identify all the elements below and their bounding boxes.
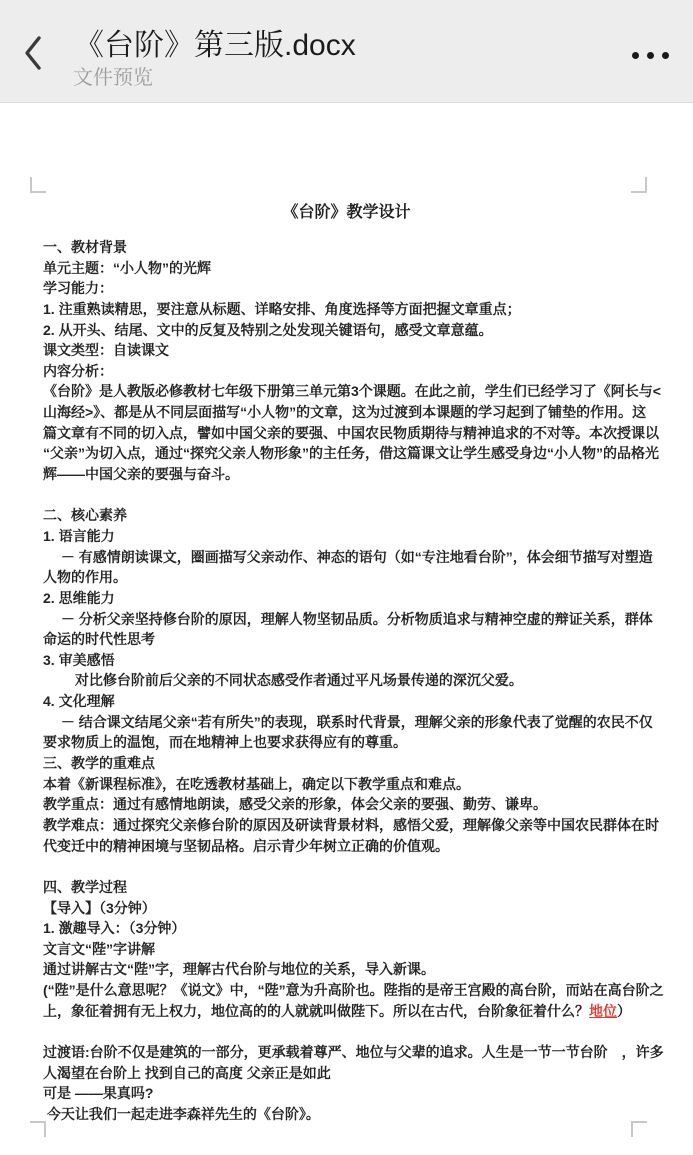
- doc-text: 今天让我们一起走进李森祥先生的《台阶》。: [43, 1106, 320, 1122]
- doc-text: － 结合课文结尾父亲“若有所失”的表现，联系时代背景，理解父亲的形象代表了觉醒的…: [43, 714, 653, 730]
- doc-text: “父亲”为切入点，通过“探究父亲人物形象”的主任务，借这篇课文让学生感受身边“小…: [43, 445, 659, 461]
- doc-text: 对比修台阶前后父亲的不同状态感受作者通过平凡场景传递的深沉父爱。: [43, 672, 523, 688]
- dot: [632, 52, 639, 59]
- doc-line: 单元主题：“小人物”的光辉: [43, 258, 657, 279]
- doc-line: 3. 审美感悟: [43, 650, 657, 671]
- doc-text: 要求物质上的温饱，而在地精神上也要求获得应有的尊重。: [43, 734, 407, 750]
- doc-line: － 结合课文结尾父亲“若有所失”的表现，联系时代背景，理解父亲的形象代表了觉醒的…: [43, 712, 657, 733]
- doc-line: [43, 485, 657, 506]
- doc-line: 二、核心素养: [43, 505, 657, 526]
- doc-line: 1. 语言能力: [43, 526, 657, 547]
- document-title: 《台阶》教学设计: [0, 199, 693, 222]
- doc-line: 【导入】（3分钟）: [43, 898, 657, 919]
- doc-text: 通过讲解古文“陛”字，理解古代台阶与地位的关系，导入新课。: [43, 961, 435, 977]
- doc-text: 篇文章有不同的切入点，譬如中国父亲的要强、中国农民物质期待与精神追求的不对等。本…: [43, 425, 659, 441]
- back-button[interactable]: [16, 32, 50, 76]
- doc-line: 三、教学的重难点: [43, 753, 657, 774]
- doc-line: (“陛”是什么意思呢？《说文》中，“陛”意为升高阶也。陛指的是帝王宫殿的高台阶，…: [43, 980, 657, 1001]
- doc-line: 人物的作用。: [43, 567, 657, 588]
- file-preview-screen: 《台阶》第三版.docx 文件预览 1/4 《台阶》教学设计 一、教材背景单元主…: [0, 0, 693, 1155]
- doc-text: 上，象征着拥有无上权力，地位高的的人就就叫做陛下。所以在古代，台阶象征着什么？: [43, 1003, 589, 1019]
- doc-text: 《台阶》是人教版必修教材七年级下册第三单元第3个课题。在此之前，学生们已经学习了…: [43, 383, 661, 399]
- header-bar: 《台阶》第三版.docx 文件预览: [0, 0, 693, 103]
- doc-text: 四、教学过程: [43, 879, 127, 895]
- doc-line: 通过讲解古文“陛”字，理解古代台阶与地位的关系，导入新课。: [43, 959, 657, 980]
- doc-text: 内容分析：: [43, 363, 113, 379]
- doc-line: 1. 激趣导入：（3分钟）: [43, 918, 657, 939]
- doc-text: ）: [617, 1003, 631, 1019]
- doc-text: 1. 注重熟读精思，要注意从标题、详略安排、角度选择等方面把握文章重点；: [43, 301, 521, 317]
- doc-line: 1. 注重熟读精思，要注意从标题、详略安排、角度选择等方面把握文章重点；: [43, 299, 657, 320]
- doc-line: 教学难点：通过探究父亲修台阶的原因及研读背景材料，感悟父爱，理解像父亲等中国农民…: [43, 815, 657, 836]
- more-options-button[interactable]: [615, 38, 677, 72]
- doc-text: 辉——中国父亲的要强与奋斗。: [43, 466, 239, 482]
- doc-line: 代变迁中的精神困境与坚韧品格。启示青少年树立正确的价值观。: [43, 836, 657, 857]
- doc-line: 课文类型：自读课文: [43, 340, 657, 361]
- doc-text: － 有感情朗读课文，圈画描写父亲动作、神态的语句（如“专注地看台阶”，体会细节描…: [43, 549, 653, 565]
- doc-line: 可是 ——果真吗?: [43, 1083, 657, 1104]
- header-subtitle: 文件预览: [73, 61, 153, 90]
- chevron-left-icon: [23, 35, 43, 71]
- dot: [647, 52, 654, 59]
- doc-line: 一、教材背景: [43, 237, 657, 258]
- doc-text: 人物的作用。: [43, 569, 127, 585]
- doc-text: 课文类型：自读课文: [43, 342, 169, 358]
- doc-text: 代变迁中的精神困境与坚韧品格。启示青少年树立正确的价值观。: [43, 838, 449, 854]
- doc-line: 2. 从开头、结尾、文中的反复及特别之处发现关键语句，感受文章意蕴。: [43, 320, 657, 341]
- doc-line: 过渡语:台阶不仅是建筑的一部分，更承载着尊严、地位与父辈的追求。人生是一节一节台…: [43, 1042, 657, 1063]
- doc-line: 文言文“陛”字讲解: [43, 939, 657, 960]
- doc-text: 1. 激趣导入：（3分钟）: [43, 920, 185, 936]
- doc-text: 4. 文化理解: [43, 693, 115, 709]
- file-title: 《台阶》第三版.docx: [74, 20, 356, 64]
- doc-line: [43, 856, 657, 877]
- document-body: 一、教材背景单元主题：“小人物”的光辉学习能力：1. 注重熟读精思，要注意从标题…: [43, 237, 657, 1125]
- doc-text: 2. 思维能力: [43, 590, 115, 606]
- doc-line: 内容分析：: [43, 361, 657, 382]
- page-corner-mark-top-left: [30, 177, 46, 193]
- doc-text: 山海经>》、都是从不同层面描写“小人物”的文章，这为过渡到本课题的学习起到了铺垫…: [43, 404, 646, 420]
- doc-text: 命运的时代性思考: [43, 631, 155, 647]
- doc-text: 3. 审美感悟: [43, 652, 115, 668]
- doc-line: 《台阶》是人教版必修教材七年级下册第三单元第3个课题。在此之前，学生们已经学习了…: [43, 381, 657, 402]
- doc-line: － 有感情朗读课文，圈画描写父亲动作、神态的语句（如“专注地看台阶”，体会细节描…: [43, 547, 657, 568]
- ellipsis-icon: [615, 52, 677, 59]
- doc-text: 可是 ——果真吗?: [43, 1085, 153, 1101]
- doc-line: 篇文章有不同的切入点，譬如中国父亲的要强、中国农民物质期待与精神追求的不对等。本…: [43, 423, 657, 444]
- doc-line: “父亲”为切入点，通过“探究父亲人物形象”的主任务，借这篇课文让学生感受身边“小…: [43, 443, 657, 464]
- doc-text: 过渡语:台阶不仅是建筑的一部分，更承载着尊严、地位与父辈的追求。人生是一节一节台…: [43, 1044, 664, 1060]
- doc-line: 要求物质上的温饱，而在地精神上也要求获得应有的尊重。: [43, 732, 657, 753]
- doc-text: 2. 从开头、结尾、文中的反复及特别之处发现关键语句，感受文章意蕴。: [43, 322, 493, 338]
- doc-text: 教学难点：通过探究父亲修台阶的原因及研读背景材料，感悟父爱，理解像父亲等中国农民…: [43, 817, 659, 833]
- doc-text: 文言文“陛”字讲解: [43, 941, 155, 957]
- doc-text: (“陛”是什么意思呢？《说文》中，“陛”意为升高阶也。陛指的是帝王宫殿的高台阶，…: [43, 982, 664, 998]
- doc-text: 本着《新课程标准》，在吃透教材基础上，确定以下教学重点和难点。: [43, 776, 470, 792]
- doc-text: 二、核心素养: [43, 507, 127, 523]
- document-page: 《台阶》教学设计 一、教材背景单元主题：“小人物”的光辉学习能力：1. 注重熟读…: [0, 104, 693, 1155]
- doc-line: 本着《新课程标准》，在吃透教材基础上，确定以下教学重点和难点。: [43, 774, 657, 795]
- doc-line: 四、教学过程: [43, 877, 657, 898]
- page-corner-mark-top-right: [631, 177, 647, 193]
- doc-line: 2. 思维能力: [43, 588, 657, 609]
- doc-text: 单元主题：“小人物”的光辉: [43, 260, 211, 276]
- doc-text: 一、教材背景: [43, 239, 127, 255]
- doc-text: 教学重点：通过有感情地朗读，感受父亲的形象，体会父亲的要强、勤劳、谦卑。: [43, 796, 547, 812]
- doc-line: 学习能力：: [43, 278, 657, 299]
- doc-text: － 分析父亲坚持修台阶的原因，理解人物坚韧品质。分析物质追求与精神空虚的辩证关系…: [43, 611, 653, 627]
- doc-line: 命运的时代性思考: [43, 629, 657, 650]
- doc-line: 人渴望在台阶上 找到自己的高度 父亲正是如此: [43, 1063, 657, 1084]
- doc-text: 人渴望在台阶上 找到自己的高度 父亲正是如此: [43, 1065, 331, 1081]
- doc-text: 学习能力：: [43, 280, 113, 296]
- doc-line: 山海经>》、都是从不同层面描写“小人物”的文章，这为过渡到本课题的学习起到了铺垫…: [43, 402, 657, 423]
- doc-line: 辉——中国父亲的要强与奋斗。: [43, 464, 657, 485]
- doc-line: 教学重点：通过有感情地朗读，感受父亲的形象，体会父亲的要强、勤劳、谦卑。: [43, 794, 657, 815]
- doc-text: 【导入】（3分钟）: [43, 900, 156, 916]
- doc-line: 4. 文化理解: [43, 691, 657, 712]
- highlighted-answer-text: 地位: [589, 1003, 617, 1019]
- doc-line: 对比修台阶前后父亲的不同状态感受作者通过平凡场景传递的深沉父爱。: [43, 670, 657, 691]
- doc-text: 三、教学的重难点: [43, 755, 155, 771]
- doc-line: － 分析父亲坚持修台阶的原因，理解人物坚韧品质。分析物质追求与精神空虚的辩证关系…: [43, 609, 657, 630]
- doc-line: [43, 1021, 657, 1042]
- doc-line: 今天让我们一起走进李森祥先生的《台阶》。: [43, 1104, 657, 1125]
- doc-line: 上，象征着拥有无上权力，地位高的的人就就叫做陛下。所以在古代，台阶象征着什么？地…: [43, 1001, 657, 1022]
- doc-text: 1. 语言能力: [43, 528, 115, 544]
- dot: [662, 52, 669, 59]
